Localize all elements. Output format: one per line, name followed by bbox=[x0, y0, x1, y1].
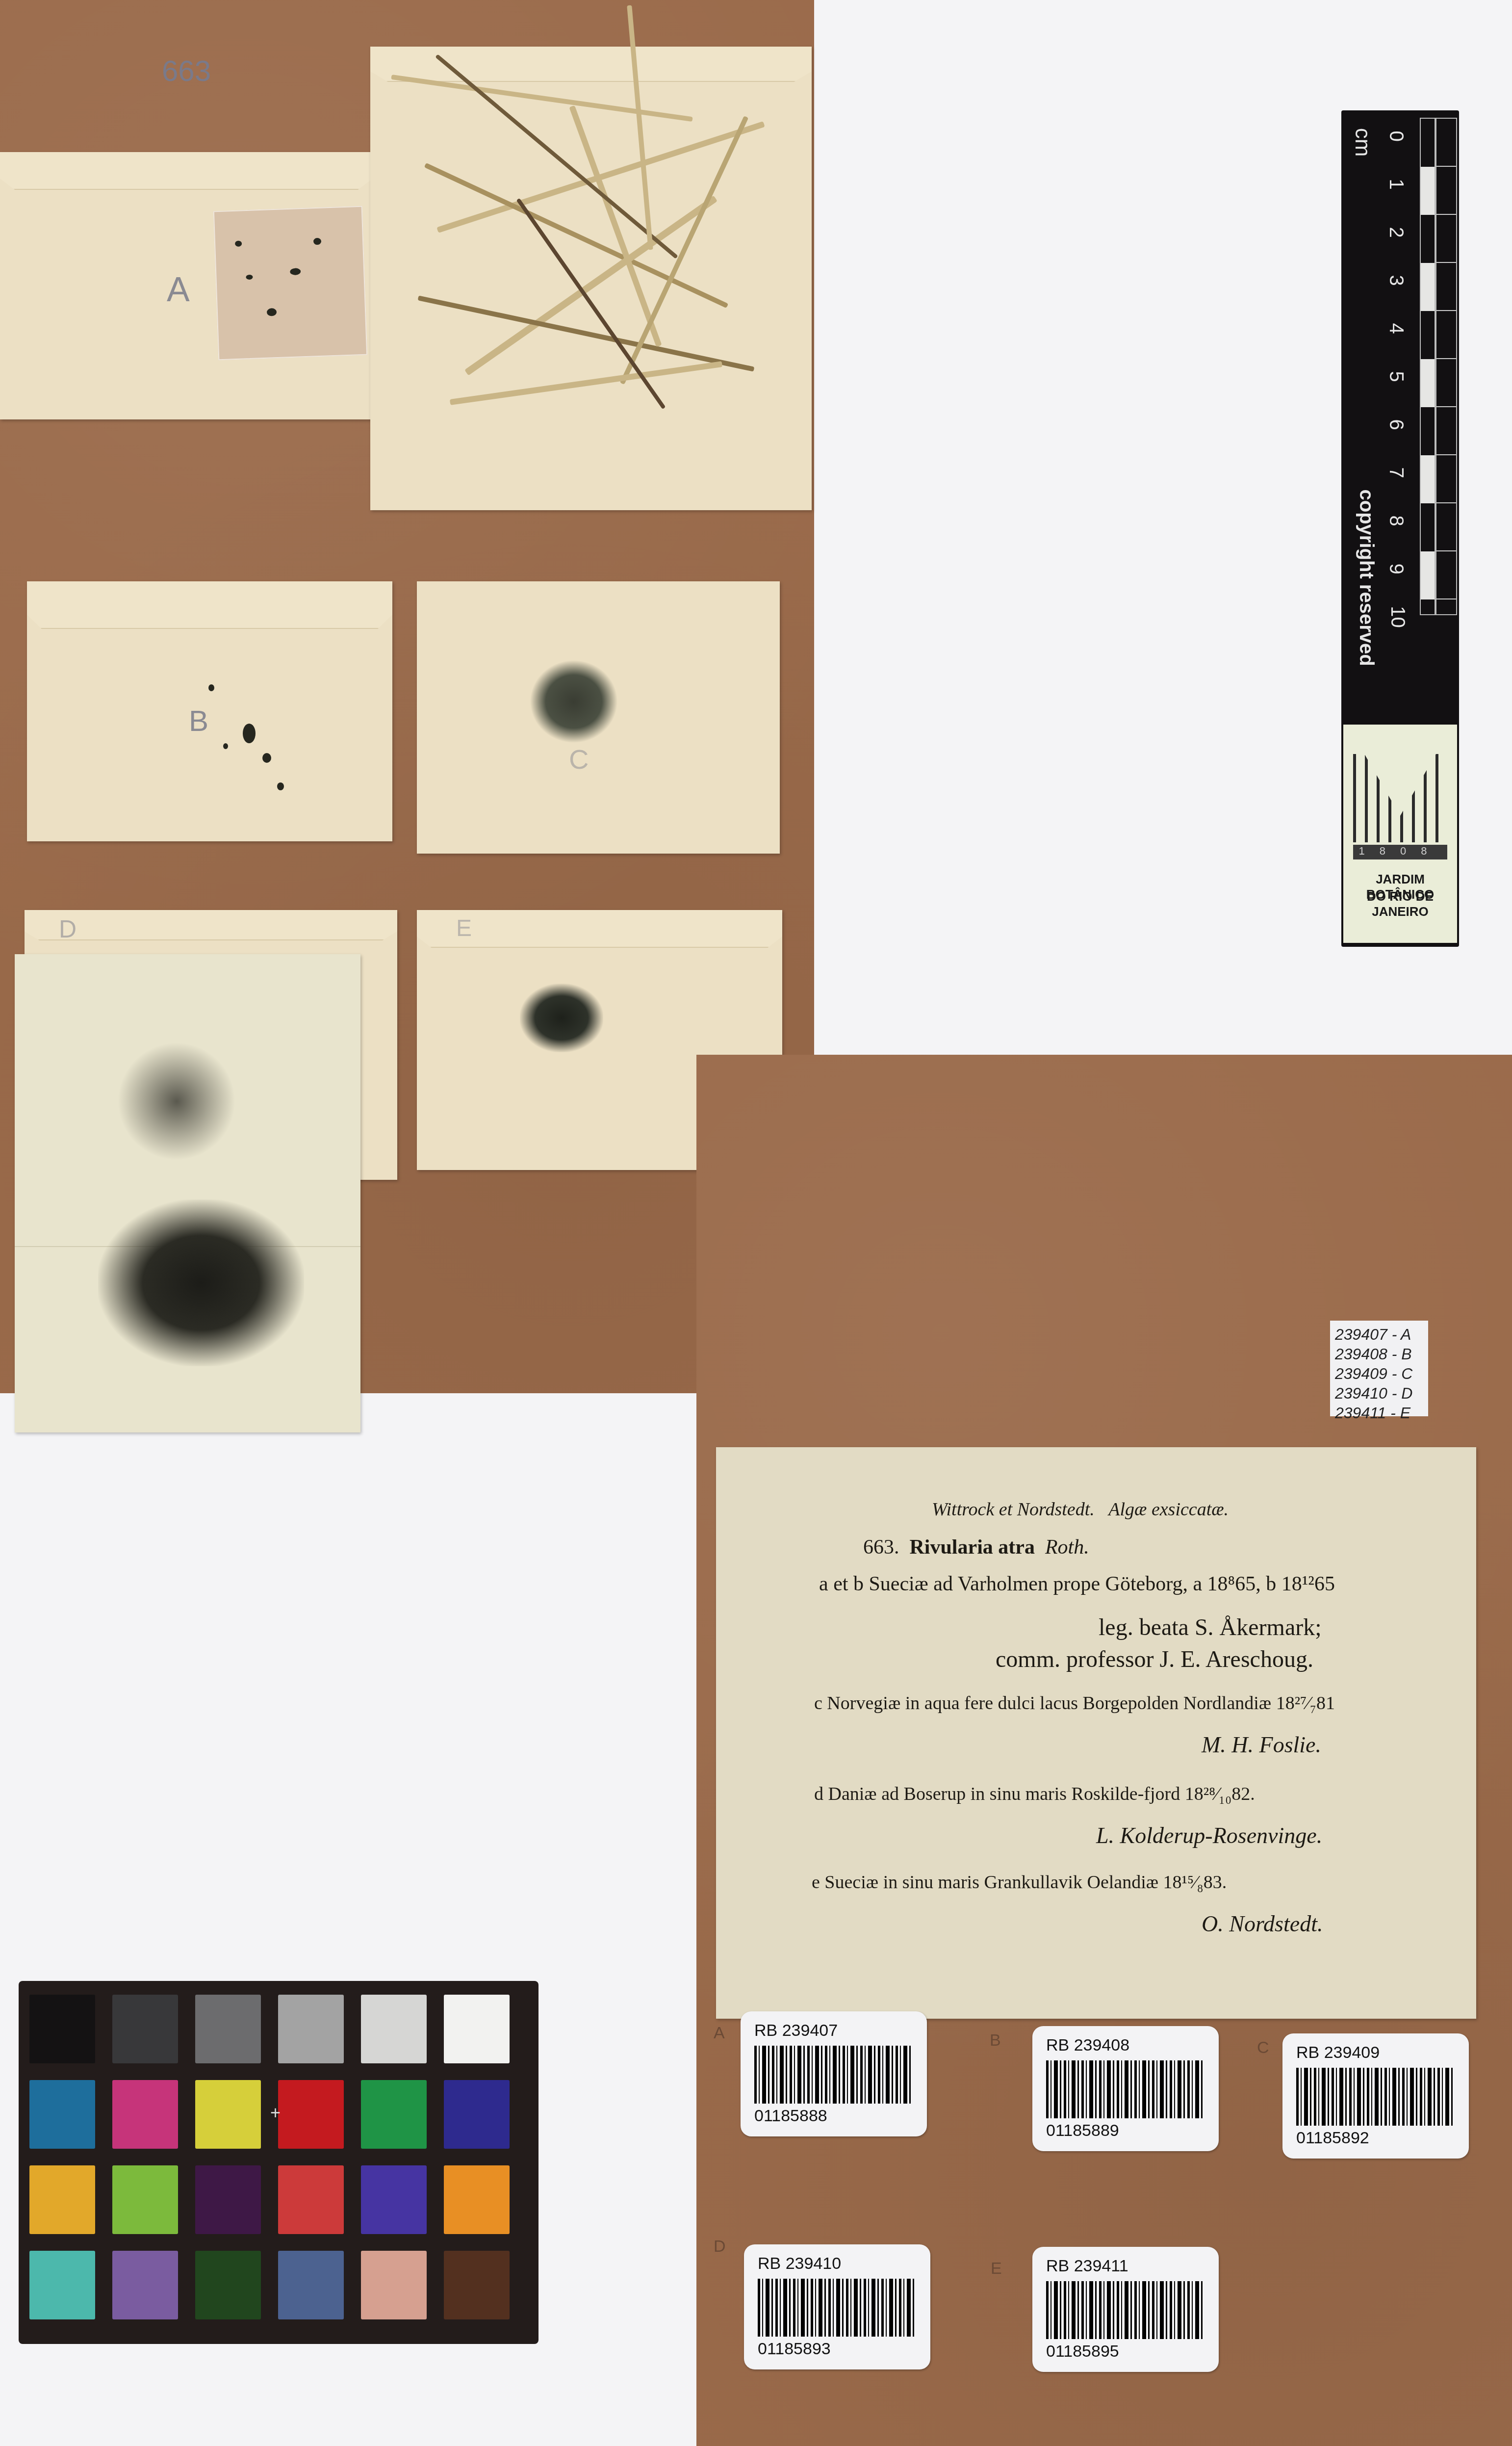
color-checker-card: + bbox=[19, 1981, 538, 2344]
barcode-letter-d: D bbox=[714, 2237, 726, 2256]
barcode-icon bbox=[1296, 2068, 1455, 2126]
color-patch bbox=[29, 2251, 95, 2319]
barcode-letter-b: B bbox=[990, 2031, 1001, 2050]
note-line: 239409 - C bbox=[1335, 1364, 1423, 1383]
color-patch bbox=[29, 2080, 95, 2149]
ruler-tick-5: 5 bbox=[1385, 371, 1407, 382]
color-patch bbox=[112, 2165, 178, 2234]
taxon-name: Rivularia atra bbox=[910, 1536, 1035, 1559]
ruler-tick-8: 8 bbox=[1385, 515, 1407, 526]
institution-logo: 1808 JARDIM BOTÂNICO DO RIO DE JANEIRO bbox=[1343, 725, 1457, 943]
envelope-c: C bbox=[417, 581, 780, 854]
envelope-a: A bbox=[0, 152, 373, 419]
barcode-icon bbox=[754, 2046, 913, 2104]
color-patch bbox=[195, 1995, 261, 2063]
barcode-code: 01185893 bbox=[758, 2340, 831, 2359]
barcode-label-d: RB 239410 01185893 bbox=[744, 2244, 930, 2369]
envelope-letter-b: B bbox=[189, 704, 208, 738]
envelope-letter-e: E bbox=[456, 915, 472, 942]
logo-year: 1808 bbox=[1353, 845, 1447, 859]
color-patch bbox=[444, 2165, 510, 2234]
color-patch bbox=[195, 2251, 261, 2319]
color-patch bbox=[361, 2165, 427, 2234]
ruler-tick-10: 10 bbox=[1386, 606, 1409, 628]
barcode-letter-a: A bbox=[714, 2024, 725, 2043]
color-patch bbox=[361, 2251, 427, 2319]
scale-ruler: cm 0 1 2 3 4 5 6 7 8 9 10 copyright rese… bbox=[1341, 110, 1459, 947]
color-patch bbox=[112, 1995, 178, 2063]
color-patch bbox=[361, 1995, 427, 2063]
color-patch bbox=[361, 2080, 427, 2149]
series-authors: Wittrock et Nordstedt. bbox=[932, 1499, 1095, 1520]
ruler-tick-9: 9 bbox=[1385, 563, 1407, 574]
barcode-code: 01185895 bbox=[1046, 2342, 1119, 2361]
envelope-b: B bbox=[27, 581, 392, 841]
barcode-icon bbox=[1046, 2060, 1205, 2118]
barcode-rb-number: RB 239411 bbox=[1046, 2257, 1128, 2276]
note-line: 239407 - A bbox=[1335, 1325, 1423, 1344]
barcode-rb-number: RB 239410 bbox=[758, 2254, 841, 2273]
color-patch bbox=[278, 2251, 344, 2319]
barcode-label-c: RB 239409 01185892 bbox=[1282, 2033, 1469, 2159]
exsiccata-number: 663. bbox=[863, 1536, 899, 1559]
collector-ab: leg. beata S. Åkermark; bbox=[1099, 1614, 1322, 1641]
crosshair-icon: + bbox=[270, 2103, 281, 2123]
note-line: 239408 - B bbox=[1335, 1344, 1423, 1364]
barcode-letter-e: E bbox=[991, 2259, 1002, 2278]
envelope-flap bbox=[0, 152, 373, 190]
institution-name-line2: DO RIO DE JANEIRO bbox=[1348, 889, 1452, 919]
barcode-icon bbox=[1046, 2281, 1205, 2339]
ruler-unit: cm bbox=[1350, 128, 1375, 157]
locality-e: e Sueciæ in sinu maris Grankullavik Oela… bbox=[812, 1872, 1227, 1893]
dried-grass-specimen bbox=[390, 76, 772, 468]
specimen-cluster-e bbox=[520, 984, 603, 1052]
note-line: 239410 - D bbox=[1335, 1383, 1423, 1403]
ruler-tick-3: 3 bbox=[1385, 275, 1407, 286]
collector-e: O. Nordstedt. bbox=[1202, 1911, 1323, 1937]
communicator-ab: comm. professor J. E. Areschoug. bbox=[996, 1646, 1313, 1673]
ruler-tick-0: 0 bbox=[1385, 130, 1407, 141]
barcode-code: 01185892 bbox=[1296, 2129, 1369, 2148]
color-patch bbox=[112, 2080, 178, 2149]
collector-d: L. Kolderup-Rosenvinge. bbox=[1096, 1822, 1322, 1848]
envelope-letter-c: C bbox=[569, 743, 589, 775]
envelope-grass bbox=[370, 47, 812, 510]
locality-d: d Daniæ ad Boserup in sinu maris Roskild… bbox=[814, 1783, 1255, 1805]
exsiccata-label: Wittrock et Nordstedt. Algæ exsiccatæ. 6… bbox=[716, 1447, 1476, 2019]
barcode-label-b: RB 239408 01185889 bbox=[1032, 2026, 1219, 2151]
barcode-code: 01185888 bbox=[754, 2107, 827, 2126]
ruler-tick-2: 2 bbox=[1385, 227, 1407, 237]
note-line: 239411 - E bbox=[1335, 1403, 1423, 1423]
ruler-tick-1: 1 bbox=[1385, 179, 1407, 189]
specimen-cluster-d bbox=[98, 1199, 304, 1366]
locality-c: c Norvegiæ in aqua fere dulci lacus Borg… bbox=[814, 1692, 1335, 1714]
color-patch bbox=[444, 2251, 510, 2319]
color-patch bbox=[444, 1995, 510, 2063]
accession-note: 239407 - A 239408 - B 239409 - C 239410 … bbox=[1330, 1321, 1428, 1416]
ruler-tick-7: 7 bbox=[1385, 467, 1407, 478]
color-patch bbox=[278, 1995, 344, 2063]
color-patch bbox=[278, 2080, 344, 2149]
ruler-tick-4: 4 bbox=[1385, 323, 1407, 334]
color-patch bbox=[278, 2165, 344, 2234]
barcode-rb-number: RB 239408 bbox=[1046, 2036, 1129, 2055]
barcode-rb-number: RB 239409 bbox=[1296, 2043, 1380, 2062]
ruler-tick-6: 6 bbox=[1385, 419, 1407, 430]
copyright-text: copyright reserved bbox=[1355, 490, 1377, 656]
barcode-icon bbox=[758, 2279, 917, 2337]
collector-c: M. H. Foslie. bbox=[1202, 1732, 1321, 1758]
barcode-label-a: RB 239407 01185888 bbox=[741, 2011, 927, 2136]
color-patch bbox=[29, 1995, 95, 2063]
color-patch bbox=[444, 2080, 510, 2149]
series-title: Algæ exsiccatæ. bbox=[1108, 1499, 1229, 1520]
open-packet-d bbox=[15, 954, 360, 1432]
barcode-label-e: RB 239411 01185895 bbox=[1032, 2247, 1219, 2372]
mica-specimen-window bbox=[213, 206, 367, 360]
color-patch bbox=[112, 2251, 178, 2319]
ruler-scale-bars bbox=[1420, 118, 1435, 615]
barcode-letter-c: C bbox=[1257, 2038, 1269, 2057]
barcode-rb-number: RB 239407 bbox=[754, 2021, 838, 2040]
color-patch bbox=[29, 2165, 95, 2234]
locality-ab: a et b Sueciæ ad Varholmen prope Götebor… bbox=[819, 1572, 1335, 1596]
envelope-letter-a: A bbox=[167, 270, 190, 309]
envelope-letter-d: D bbox=[59, 915, 77, 943]
color-patch bbox=[195, 2165, 261, 2234]
palm-trees-icon bbox=[1353, 754, 1447, 842]
color-patch bbox=[195, 2080, 261, 2149]
envelope-flap bbox=[25, 910, 397, 940]
folder-number: 663 bbox=[162, 54, 211, 88]
envelope-flap bbox=[27, 581, 392, 629]
specimen-cluster-c bbox=[530, 660, 618, 743]
taxon-author: Roth. bbox=[1045, 1536, 1089, 1559]
barcode-code: 01185889 bbox=[1046, 2121, 1119, 2140]
